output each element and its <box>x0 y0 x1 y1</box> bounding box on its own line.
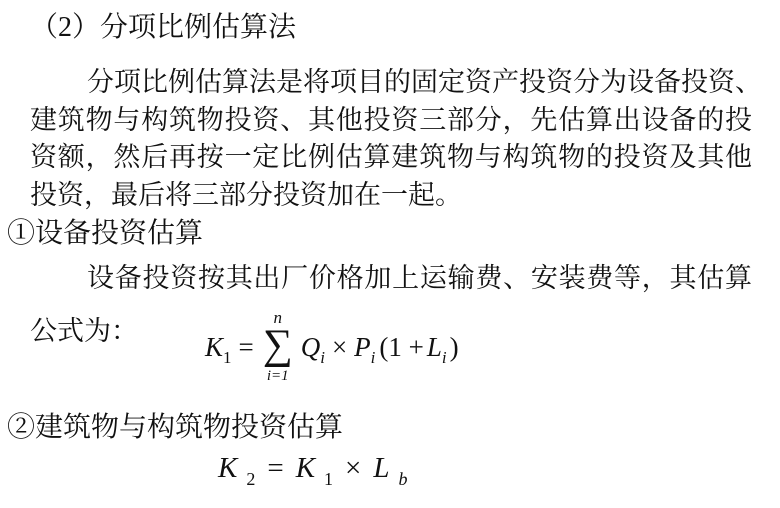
summation-symbol: n∑i=1 <box>263 309 293 384</box>
item-2-heading: ②建筑物与构筑物投资估算 <box>7 412 343 444</box>
formula2-l-var: L <box>373 452 389 484</box>
equipment-investment-formula: K1=n∑i=1Qi×Pi(1 +Li) <box>205 312 459 387</box>
formula1-term-l: Li <box>427 332 447 368</box>
formula1-p-var: P <box>354 332 371 362</box>
summation-lower-limit: i=1 <box>267 369 289 384</box>
document-page: （2）分项比例估算法 分项比例估算法是将项目的固定资产投资分为设备投资、 建筑物… <box>0 0 780 508</box>
item-1-body-line-2: 公式为： <box>30 314 138 348</box>
formula2-rhs-k: K1 <box>296 452 333 490</box>
paragraph-line-1: 分项比例估算法是将项目的固定资产投资分为设备投资、 <box>30 64 752 102</box>
formula2-times-sign: × <box>345 452 361 484</box>
formula1-l-subscript: i <box>442 348 447 367</box>
formula1-times-sign: × <box>332 332 347 362</box>
formula1-term-p: Pi <box>354 332 375 368</box>
paragraph-line-3: 资额，然后再按一定比例估算建筑物与构筑物的投资及其他 <box>30 139 752 177</box>
formula2-lhs: K2 <box>218 452 255 490</box>
formula2-rhs-l: Lb <box>373 452 407 490</box>
formula1-equals-sign: = <box>239 332 254 362</box>
item-1-body-line-1: 设备投资按其出厂价格加上运输费、安装费等，其估算 <box>30 261 752 295</box>
formula1-term-q: Qi <box>301 332 325 368</box>
formula1-l-var: L <box>427 332 442 362</box>
formula2-equals-sign: = <box>267 452 283 484</box>
formula1-lhs-var: K <box>205 332 223 362</box>
section-heading: （2）分项比例估算法 <box>30 12 296 44</box>
formula1-q-var: Q <box>301 332 321 362</box>
formula1-lhs-subscript: 1 <box>223 348 232 367</box>
formula1-open-paren: (1 + <box>379 332 423 362</box>
formula2-lhs-var: K <box>218 452 237 484</box>
formula1-q-subscript: i <box>320 348 325 367</box>
sigma-icon: ∑ <box>263 326 293 366</box>
formula1-lhs: K1 <box>205 332 232 368</box>
formula2-l-subscript: b <box>399 469 408 489</box>
intro-paragraph: 分项比例估算法是将项目的固定资产投资分为设备投资、 建筑物与构筑物投资、其他投资… <box>30 64 752 214</box>
paragraph-line-4: 投资，最后将三部分投资加在一起。 <box>30 177 752 215</box>
item-1-heading: ①设备投资估算 <box>7 218 203 250</box>
formula2-k-var: K <box>296 452 315 484</box>
formula2-k-subscript: 1 <box>324 469 333 489</box>
paragraph-line-2: 建筑物与构筑物投资、其他投资三部分，先估算出设备的投 <box>30 102 752 140</box>
formula2-lhs-subscript: 2 <box>246 469 255 489</box>
formula1-p-subscript: i <box>371 348 376 367</box>
building-investment-formula: K2=K1×Lb <box>218 452 408 490</box>
formula1-close-paren: ) <box>450 332 459 362</box>
